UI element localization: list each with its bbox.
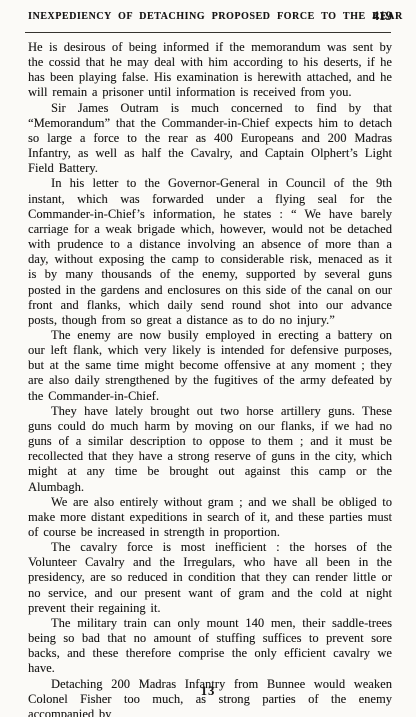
paragraph-2: Sir James Outram is much concerned to fi… <box>28 101 392 177</box>
footer-page-number: 13 <box>201 684 216 698</box>
paragraph-8: The military train can only mount 140 me… <box>28 616 392 677</box>
paragraph-1: He is desirous of being informed if the … <box>28 40 392 101</box>
paragraph-7: The cavalry force is most inefficient : … <box>28 540 392 616</box>
running-header: INEXPEDIENCY OF DETACHING PROPOSED FORCE… <box>28 11 392 27</box>
paragraph-3: In his letter to the Governor-General in… <box>28 176 392 328</box>
running-header-page-number: 419 <box>373 8 393 24</box>
page-body: He is desirous of being informed if the … <box>28 40 392 717</box>
running-header-title: INEXPEDIENCY OF DETACHING PROPOSED FORCE… <box>28 11 403 22</box>
page-footer: 13 <box>0 684 416 699</box>
paragraph-6: We are also entirely without gram ; and … <box>28 495 392 540</box>
book-page: INEXPEDIENCY OF DETACHING PROPOSED FORCE… <box>0 0 416 717</box>
paragraph-5: They have lately brought out two horse a… <box>28 404 392 495</box>
header-rule <box>25 32 391 33</box>
paragraph-4: The enemy are now busily employed in ere… <box>28 328 392 404</box>
